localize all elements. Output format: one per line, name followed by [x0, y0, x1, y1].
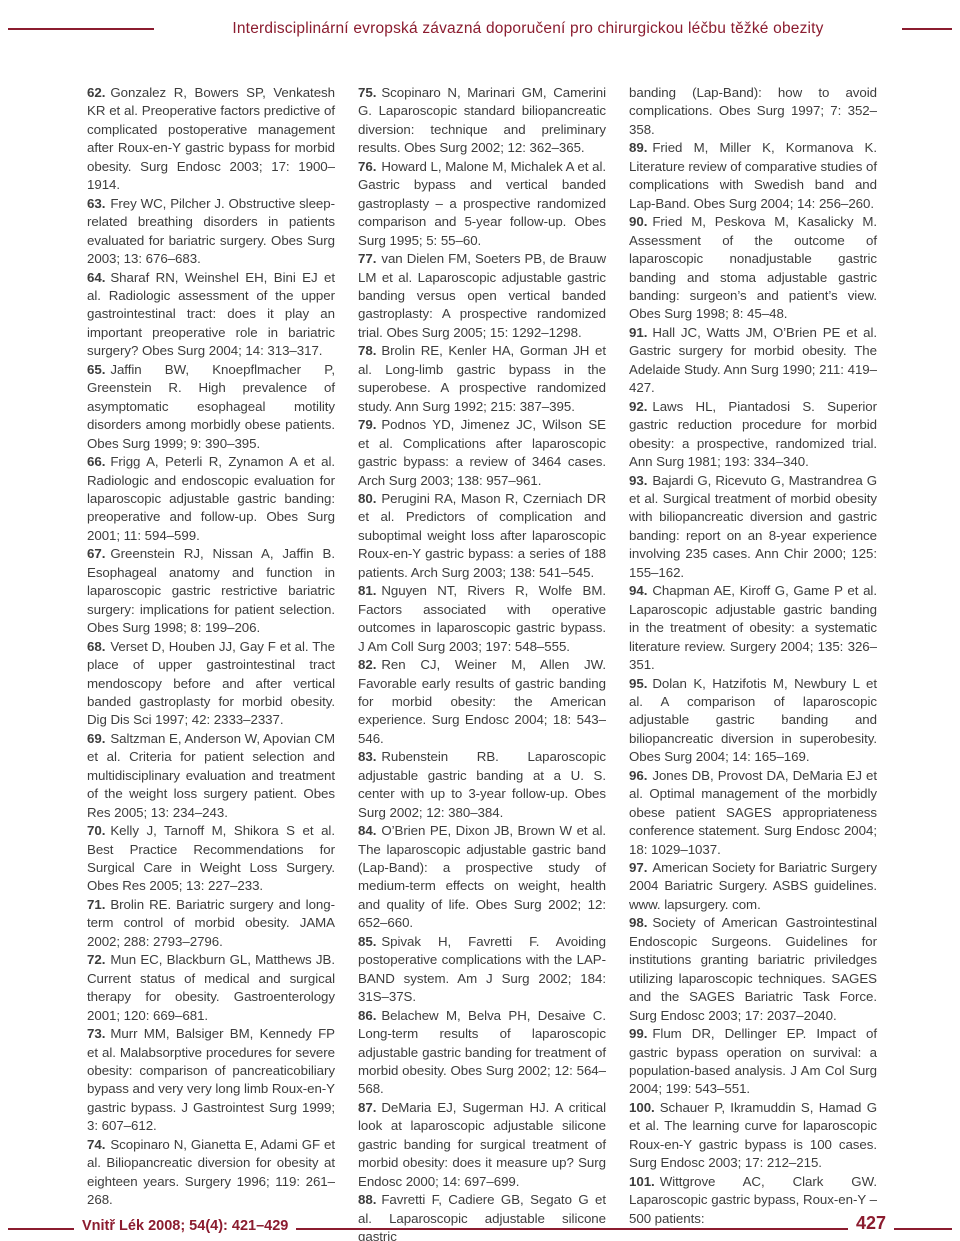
reference-number: 96.	[629, 768, 647, 783]
reference-text: Verset D, Houben JJ, Gay F et al. The pl…	[87, 639, 335, 728]
reference-item: 74.Scopinaro N, Gianetta E, Adami GF et …	[87, 1136, 335, 1210]
reference-item: 87.DeMaria EJ, Sugerman HJ. A critical l…	[358, 1099, 606, 1191]
reference-number: 90.	[629, 214, 647, 229]
reference-item: 63.Frey WC, Pilcher J. Obstructive sleep…	[87, 195, 335, 269]
reference-item: 76.Howard L, Malone M, Michalek A et al.…	[358, 158, 606, 250]
page: { "colors": { "accent": "#8B1C2F", "body…	[0, 0, 960, 1241]
reference-item: 100.Schauer P, Ikramuddin S, Hamad G et …	[629, 1099, 877, 1173]
page-header: Interdisciplinární evropská závazná dopo…	[8, 20, 952, 38]
reference-number: 74.	[87, 1137, 105, 1152]
reference-text: Howard L, Malone M, Michalek A et al. Ga…	[358, 159, 606, 248]
footer-rule-right	[894, 1228, 952, 1230]
reference-number: 97.	[629, 860, 647, 875]
reference-number: 67.	[87, 546, 105, 561]
reference-number: 62.	[87, 85, 105, 100]
reference-item: 93.Bajardi G, Ricevuto G, Mastrandrea G …	[629, 472, 877, 583]
reference-item: 96.Jones DB, Provost DA, DeMaria EJ et a…	[629, 767, 877, 859]
journal-citation: Vnitř Lék 2008; 54(4): 421–429	[82, 1218, 288, 1234]
reference-text: Frigg A, Peterli R, Zynamon A et al. Rad…	[87, 454, 335, 543]
reference-text: Scopinaro N, Marinari GM, Camerini G. La…	[358, 85, 606, 155]
reference-text: Schauer P, Ikramuddin S, Hamad G et al. …	[629, 1100, 877, 1170]
reference-text: Brolin RE. Bariatric surgery and long-te…	[87, 897, 335, 949]
reference-text: Nguyen NT, Rivers R, Wolfe BM. Factors a…	[358, 583, 606, 653]
reference-item: 85.Spivak H, Favretti F. Avoiding postop…	[358, 933, 606, 1007]
reference-item: 72.Mun EC, Blackburn GL, Matthews JB. Cu…	[87, 951, 335, 1025]
reference-column-3: banding (Lap-Band): how to avoid complic…	[629, 84, 877, 1241]
reference-item: 67.Greenstein RJ, Nissan A, Jaffin B. Es…	[87, 545, 335, 637]
reference-text: Gonzalez R, Bowers SP, Venkatesh KR et a…	[87, 85, 335, 192]
reference-number: 79.	[358, 417, 376, 432]
reference-number: 66.	[87, 454, 105, 469]
reference-text: DeMaria EJ, Sugerman HJ. A critical look…	[358, 1100, 606, 1189]
footer-rule-center	[296, 1228, 848, 1230]
reference-text: Dolan K, Hatzifotis M, Newbury L et al. …	[629, 676, 877, 765]
reference-text: banding (Lap-Band): how to avoid complic…	[629, 85, 877, 137]
page-title: Interdisciplinární evropská závazná dopo…	[164, 20, 892, 38]
reference-number: 71.	[87, 897, 105, 912]
reference-item: 70.Kelly J, Tarnoff M, Shikora S et al. …	[87, 822, 335, 896]
reference-text: Rubenstein RB. Laparoscopic adjustable g…	[358, 749, 606, 819]
reference-number: 84.	[358, 823, 376, 838]
reference-item: 97.American Society for Bariatric Surger…	[629, 859, 877, 914]
reference-item: 65.Jaffin BW, Knoepflmacher P, Greenstei…	[87, 361, 335, 453]
reference-number: 83.	[358, 749, 376, 764]
reference-item: 77.van Dielen FM, Soeters PB, de Brauw L…	[358, 250, 606, 342]
reference-item: banding (Lap-Band): how to avoid complic…	[629, 84, 877, 139]
header-rule-right	[902, 28, 952, 30]
reference-number: 77.	[358, 251, 376, 266]
reference-number: 99.	[629, 1026, 647, 1041]
reference-text: Chapman AE, Kiroff G, Game P et al. Lapa…	[629, 583, 877, 672]
reference-number: 85.	[358, 934, 376, 949]
reference-item: 66.Frigg A, Peterli R, Zynamon A et al. …	[87, 453, 335, 545]
reference-item: 78.Brolin RE, Kenler HA, Gorman JH et al…	[358, 342, 606, 416]
page-number: 427	[856, 1213, 886, 1234]
reference-number: 87.	[358, 1100, 376, 1115]
reference-item: 64.Sharaf RN, Weinshel EH, Bini EJ et al…	[87, 269, 335, 361]
reference-item: 81.Nguyen NT, Rivers R, Wolfe BM. Factor…	[358, 582, 606, 656]
reference-number: 75.	[358, 85, 376, 100]
reference-item: 91.Hall JC, Watts JM, O’Brien PE et al. …	[629, 324, 877, 398]
reference-text: Perugini RA, Mason R, Czerniach DR et al…	[358, 491, 606, 580]
footer-rule-left	[8, 1228, 74, 1230]
reference-number: 82.	[358, 657, 376, 672]
reference-text: Fried M, Peskova M, Kasalicky M. Assessm…	[629, 214, 877, 321]
reference-number: 101.	[629, 1174, 655, 1189]
reference-item: 99.Flum DR, Dellinger EP. Impact of gast…	[629, 1025, 877, 1099]
reference-text: Murr MM, Balsiger BM, Kennedy FP et al. …	[87, 1026, 335, 1133]
reference-number: 91.	[629, 325, 647, 340]
reference-text: Jones DB, Provost DA, DeMaria EJ et al. …	[629, 768, 877, 857]
reference-text: Hall JC, Watts JM, O’Brien PE et al. Gas…	[629, 325, 877, 395]
reference-number: 72.	[87, 952, 105, 967]
reference-number: 100.	[629, 1100, 655, 1115]
reference-text: Spivak H, Favretti F. Avoiding postopera…	[358, 934, 606, 1004]
reference-item: 83.Rubenstein RB. Laparoscopic adjustabl…	[358, 748, 606, 822]
reference-item: 95.Dolan K, Hatzifotis M, Newbury L et a…	[629, 675, 877, 767]
reference-number: 94.	[629, 583, 647, 598]
reference-number: 88.	[358, 1192, 376, 1207]
reference-item: 79.Podnos YD, Jimenez JC, Wilson SE et a…	[358, 416, 606, 490]
reference-text: O’Brien PE, Dixon JB, Brown W et al. The…	[358, 823, 606, 930]
reference-column-1: 62.Gonzalez R, Bowers SP, Venkatesh KR e…	[87, 84, 335, 1241]
reference-number: 65.	[87, 362, 105, 377]
reference-text: Podnos YD, Jimenez JC, Wilson SE et al. …	[358, 417, 606, 487]
reference-item: 75.Scopinaro N, Marinari GM, Camerini G.…	[358, 84, 606, 158]
reference-text: Kelly J, Tarnoff M, Shikora S et al. Bes…	[87, 823, 335, 893]
reference-text: Greenstein RJ, Nissan A, Jaffin B. Esoph…	[87, 546, 335, 635]
reference-number: 68.	[87, 639, 105, 654]
reference-text: van Dielen FM, Soeters PB, de Brauw LM e…	[358, 251, 606, 340]
reference-item: 94.Chapman AE, Kiroff G, Game P et al. L…	[629, 582, 877, 674]
reference-text: Belachew M, Belva PH, Desaive C. Long-te…	[358, 1008, 606, 1097]
reference-item: 84.O’Brien PE, Dixon JB, Brown W et al. …	[358, 822, 606, 933]
reference-text: Fried M, Miller K, Kormanova K. Literatu…	[629, 140, 877, 210]
reference-number: 76.	[358, 159, 376, 174]
reference-text: Mun EC, Blackburn GL, Matthews JB. Curre…	[87, 952, 335, 1022]
reference-text: Laws HL, Piantadosi S. Superior gastric …	[629, 399, 877, 469]
page-footer: Vnitř Lék 2008; 54(4): 421–429 427	[8, 1213, 952, 1234]
reference-number: 80.	[358, 491, 376, 506]
reference-number: 78.	[358, 343, 376, 358]
reference-item: 69.Saltzman E, Anderson W, Apovian CM et…	[87, 730, 335, 822]
reference-number: 98.	[629, 915, 647, 930]
reference-number: 93.	[629, 473, 647, 488]
reference-number: 95.	[629, 676, 647, 691]
reference-item: 73.Murr MM, Balsiger BM, Kennedy FP et a…	[87, 1025, 335, 1136]
reference-number: 63.	[87, 196, 105, 211]
reference-number: 64.	[87, 270, 105, 285]
reference-text: Scopinaro N, Gianetta E, Adami GF et al.…	[87, 1137, 335, 1207]
reference-column-2: 75.Scopinaro N, Marinari GM, Camerini G.…	[358, 84, 606, 1241]
reference-text: Brolin RE, Kenler HA, Gorman JH et al. L…	[358, 343, 606, 413]
reference-item: 68.Verset D, Houben JJ, Gay F et al. The…	[87, 638, 335, 730]
reference-item: 62.Gonzalez R, Bowers SP, Venkatesh KR e…	[87, 84, 335, 195]
reference-text: Saltzman E, Anderson W, Apovian CM et al…	[87, 731, 335, 820]
reference-item: 89.Fried M, Miller K, Kormanova K. Liter…	[629, 139, 877, 213]
reference-number: 81.	[358, 583, 376, 598]
reference-number: 70.	[87, 823, 105, 838]
reference-number: 89.	[629, 140, 647, 155]
reference-item: 92.Laws HL, Piantadosi S. Superior gastr…	[629, 398, 877, 472]
reference-text: Bajardi G, Ricevuto G, Mastrandrea G et …	[629, 473, 877, 580]
reference-text: Sharaf RN, Weinshel EH, Bini EJ et al. R…	[87, 270, 335, 359]
reference-item: 86.Belachew M, Belva PH, Desaive C. Long…	[358, 1007, 606, 1099]
reference-item: 98.Society of American Gastrointestinal …	[629, 914, 877, 1025]
references-section: 62.Gonzalez R, Bowers SP, Venkatesh KR e…	[87, 84, 877, 1241]
reference-text: American Society for Bariatric Surgery 2…	[629, 860, 877, 912]
reference-text: Flum DR, Dellinger EP. Impact of gastric…	[629, 1026, 877, 1096]
header-rule-left	[8, 28, 154, 30]
reference-number: 73.	[87, 1026, 105, 1041]
reference-number: 86.	[358, 1008, 376, 1023]
reference-text: Jaffin BW, Knoepflmacher P, Greenstein R…	[87, 362, 335, 451]
reference-item: 80.Perugini RA, Mason R, Czerniach DR et…	[358, 490, 606, 582]
reference-text: Ren CJ, Weiner M, Allen JW. Favorable ea…	[358, 657, 606, 746]
reference-text: Frey WC, Pilcher J. Obstructive sleep-re…	[87, 196, 335, 266]
reference-item: 90.Fried M, Peskova M, Kasalicky M. Asse…	[629, 213, 877, 324]
reference-item: 82.Ren CJ, Weiner M, Allen JW. Favorable…	[358, 656, 606, 748]
reference-text: Society of American Gastrointestinal End…	[629, 915, 877, 1022]
reference-number: 92.	[629, 399, 647, 414]
reference-item: 71.Brolin RE. Bariatric surgery and long…	[87, 896, 335, 951]
reference-number: 69.	[87, 731, 105, 746]
